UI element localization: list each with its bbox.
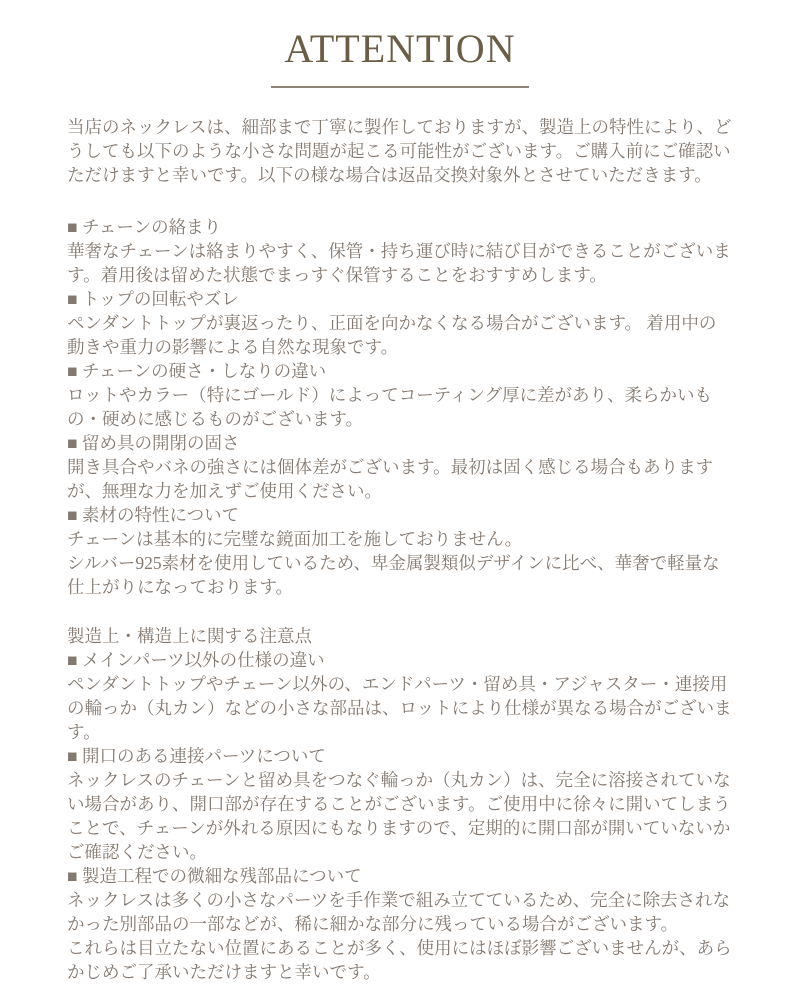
notice-section-clasp-stiffness: ■ 留め具の開閉の固さ 開き具合やバネの強さには個体差がございます。最初は固く感… <box>67 431 733 503</box>
section-heading: ■ 製造工程での微細な残部品について <box>67 864 733 888</box>
section-body: ロットやカラー（特にゴールド）によってコーティング厚に差があり、柔らかいもの・硬… <box>67 383 733 431</box>
notice-content: 当店のネックレスは、細部まで丁寧に製作しておりますが、製造上の特性により、どうし… <box>67 115 733 984</box>
section-body: ペンダントトップやチェーン以外の、エンドパーツ・留め具・アジャスター・連接用の輪… <box>67 672 733 744</box>
title-underline-divider <box>271 86 529 88</box>
notice-section-material-properties: ■ 素材の特性について チェーンは基本的に完璧な鏡面加工を施しておりません。 シ… <box>67 503 733 599</box>
section-body: 華奢なチェーンは絡まりやすく、保管・持ち運び時に結び目ができることがございます。… <box>67 239 733 287</box>
notice-section-top-rotation: ■ トップの回転やズレ ペンダントトップが裏返ったり、正面を向かなくなる場合がご… <box>67 287 733 359</box>
section-heading: ■ チェーンの硬さ・しなりの違い <box>67 359 733 383</box>
section-body: ネックレスのチェーンと留め具をつなぐ輪っか（丸カン）は、完全に溶接されていない場… <box>67 768 733 864</box>
notice-section-chain-stiffness: ■ チェーンの硬さ・しなりの違い ロットやカラー（特にゴールド）によってコーティ… <box>67 359 733 431</box>
section-heading: ■ チェーンの絡まり <box>67 215 733 239</box>
section-body: ペンダントトップが裏返ったり、正面を向かなくなる場合がございます。 着用中の動き… <box>67 311 733 359</box>
page-title: ATTENTION <box>0 0 800 72</box>
notice-section-chain-tangle: ■ チェーンの絡まり 華奢なチェーンは絡まりやすく、保管・持ち運び時に結び目がで… <box>67 215 733 287</box>
manufacturing-notes-subheading: 製造上・構造上に関する注意点 <box>67 624 733 648</box>
section-body: 開き具合やバネの強さには個体差がございます。最初は固く感じる場合もありますが、無… <box>67 455 733 503</box>
section-body: ネックレスは多くの小さなパーツを手作業で組み立てているため、完全に除去されなかっ… <box>67 888 733 984</box>
notice-section-residual-parts: ■ 製造工程での微細な残部品について ネックレスは多くの小さなパーツを手作業で組… <box>67 864 733 984</box>
section-body: チェーンは基本的に完璧な鏡面加工を施しておりません。 シルバー925素材を使用し… <box>67 527 733 599</box>
section-heading: ■ 開口のある連接パーツについて <box>67 744 733 768</box>
section-heading: ■ メインパーツ以外の仕様の違い <box>67 648 733 672</box>
notice-section-open-jump-rings: ■ 開口のある連接パーツについて ネックレスのチェーンと留め具をつなぐ輪っか（丸… <box>67 744 733 864</box>
section-heading: ■ 留め具の開閉の固さ <box>67 431 733 455</box>
notice-section-non-main-parts: ■ メインパーツ以外の仕様の違い ペンダントトップやチェーン以外の、エンドパーツ… <box>67 648 733 744</box>
attention-notice-page: ATTENTION 当店のネックレスは、細部まで丁寧に製作しておりますが、製造上… <box>0 0 800 1000</box>
intro-paragraph: 当店のネックレスは、細部まで丁寧に製作しておりますが、製造上の特性により、どうし… <box>67 115 733 187</box>
section-heading: ■ 素材の特性について <box>67 503 733 527</box>
section-heading: ■ トップの回転やズレ <box>67 287 733 311</box>
